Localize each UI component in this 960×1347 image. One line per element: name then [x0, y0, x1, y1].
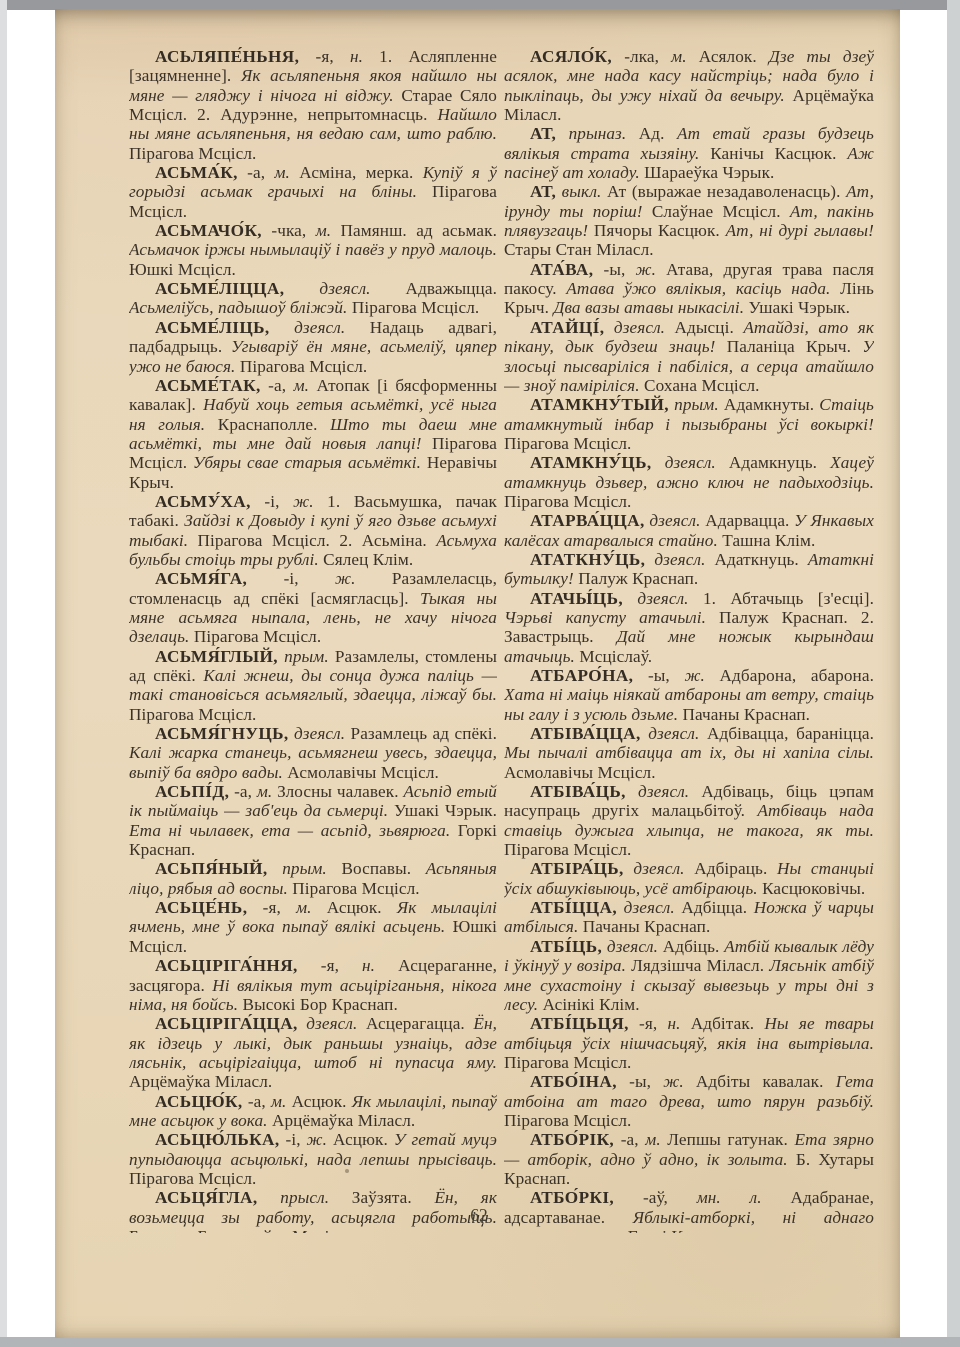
dictionary-entry: АСЬМЯ́ГНУЦЬ, дзеясл. Разамлець ад спёкі.…	[129, 724, 497, 782]
dictionary-entry: АТАМКНУ́ЦЬ, дзеясл. Адамкнуць. Хацеў ата…	[504, 453, 874, 511]
headword: АСЬЦІРІГА́ЦЦА,	[155, 1014, 298, 1033]
headword: АТБО́РКІ,	[530, 1188, 614, 1207]
italic-text: дзеясл.	[270, 318, 346, 337]
dictionary-entry: АСЬМЕ́ЛІЦЦА, дзеясл. Адважыцца. Асьмеліў…	[129, 279, 497, 318]
paper-speck	[345, 1169, 349, 1173]
headword: АСЬЦІРІГА́ННЯ,	[155, 956, 298, 975]
headword: АТАРВА́ЦЦА,	[530, 511, 645, 530]
definition-text: Пірагова Мсцісл.	[235, 357, 367, 376]
headword: АТБІВА́ЦЬ,	[530, 782, 626, 801]
headword: АСЬПІ́Д,	[155, 782, 229, 801]
dictionary-entry: АСЬМЕ́ЛІЦЬ, дзеясл. Надаць адвагі, падба…	[129, 318, 497, 376]
definition-text: Адбіраць.	[685, 859, 777, 878]
definition-text: Канічы Касцюк.	[699, 144, 847, 163]
italic-text: н.	[362, 956, 375, 975]
dictionary-entry: АСЬМУ́ХА, -і, ж. 1. Васьмушка, пачак таб…	[129, 492, 497, 569]
definition-text: Краснаполле.	[205, 415, 330, 434]
definition-text: -аў,	[614, 1188, 697, 1207]
headword: АТА́ВА,	[530, 260, 593, 279]
dictionary-entry: АСЬМА́К, -а, м. Асміна, мерка. Купіў я ў…	[129, 163, 497, 221]
italic-text: ж.	[663, 1072, 683, 1091]
definition-text: -я,	[629, 1014, 668, 1033]
definition-text: Пірагова Мсцісл.	[504, 1053, 631, 1072]
headword: АТАЙЦІ́,	[530, 318, 604, 337]
dictionary-entry: АТБО́ІНА, -ы, ж. Адбіты кавалак. Гета ат…	[504, 1072, 874, 1130]
definition-text: Лепшы гатунак.	[661, 1130, 795, 1149]
page-number: 62	[443, 1205, 515, 1226]
definition-text: -а,	[229, 782, 257, 801]
headword: АТБО́ІНА,	[530, 1072, 617, 1091]
italic-text: Убяры свае старыя асьмёткі.	[193, 453, 421, 472]
italic-text: дзеясл.	[652, 453, 716, 472]
headword: АСЬМА́К,	[155, 163, 238, 182]
italic-text: н.	[350, 47, 363, 66]
headword: АСЬЦЕ́НЬ,	[155, 898, 247, 917]
italic-text: Атава ўжо вялікыя, касіць нада.	[566, 279, 830, 298]
dictionary-entry: АСЬЦЕ́НЬ, -я, м. Асцюк. Як мылацілі ячме…	[129, 898, 497, 956]
italic-text: Ета ні чылавек, ета — асьпід, зьвярюга.	[129, 821, 450, 840]
dictionary-entry: АТБІВА́ЦЦА, дзеясл. Адбівацца, бараніцца…	[504, 724, 874, 782]
definition-text: Пірагова Мсцісл.	[129, 144, 256, 163]
italic-text: Чэрьві капусту атачылі.	[504, 608, 706, 627]
dictionary-entry: АСЬЦІРІГА́ЦЦА, дзеясл. Асцерагацца. Ён, …	[129, 1014, 497, 1091]
headword: АТАТКНУ́ЦЬ,	[530, 550, 645, 569]
headword: АТАЧЫ́ЦЬ,	[530, 589, 623, 608]
headword: АСЯЛО́К,	[530, 47, 612, 66]
definition-text: Пірагова Мсцісл. 2. Асьміна.	[188, 531, 436, 550]
headword: АСЬЦЮ́К,	[155, 1092, 243, 1111]
italic-text: м.	[296, 898, 311, 917]
headword: АТ,	[530, 124, 556, 143]
definition-text: Сялец Клім.	[319, 550, 414, 569]
definition-text: -лка,	[612, 47, 671, 66]
headword: АСЬМУ́ХА,	[155, 492, 251, 511]
italic-text: Ат, ні дурі гылавы!	[726, 221, 874, 240]
italic-text: м.	[316, 221, 331, 240]
scanned-dictionary-page: АСЬЛЯПЕ́НЬНЯ, -я, н. 1. Асляпленне [заця…	[55, 9, 900, 1338]
dictionary-entry: АТАЧЫ́ЦЬ, дзеясл. 1. Абтачыць [з'есці]. …	[504, 589, 874, 666]
italic-text: м.	[645, 1130, 660, 1149]
definition-text: Пачаны Краснап.	[678, 705, 810, 724]
dictionary-entry: АТАМКНУ́ТЫЙ, прым. Адамкнуты. Стаіць ата…	[504, 395, 874, 453]
headword: АСЬМЕ́ЛІЦЦА,	[155, 279, 284, 298]
definition-text: -і,	[247, 569, 335, 588]
definition-text: Ташна Клім.	[718, 531, 816, 550]
definition-text: Воспавы.	[327, 859, 426, 878]
italic-text: дзеясл.	[604, 318, 665, 337]
definition-text: Адаткнуць.	[706, 550, 808, 569]
definition-text: -а,	[614, 1130, 645, 1149]
italic-text: дзеясл.	[284, 279, 370, 298]
dictionary-entry: АСЬМЕ́ТАК, -а, м. Атопак [і бясформенны …	[129, 376, 497, 492]
italic-text: м.	[271, 1092, 286, 1111]
italic-text: ж.	[307, 1130, 327, 1149]
definition-text: Ат (выражае незадаволенасць).	[601, 182, 846, 201]
italic-text: н.	[667, 1014, 680, 1033]
definition-text: Адбарона, абарона.	[705, 666, 874, 685]
italic-text: ж.	[335, 569, 355, 588]
dictionary-entry: АСЬЦЯ́ГЛА, прысл. Заўзята. Ён, як возьме…	[129, 1188, 497, 1233]
headword: АСЬМАЧО́К,	[155, 221, 262, 240]
definition-text: Пірагова Мсцісл.	[504, 492, 631, 511]
definition-text: Адарвацца.	[701, 511, 795, 530]
column-left: АСЬЛЯПЕ́НЬНЯ, -я, н. 1. Асляпленне [заця…	[129, 47, 497, 1233]
definition-text: Асміна, мерка.	[290, 163, 423, 182]
italic-text: Два вазы атавы ныкасілі.	[553, 298, 744, 317]
definition-text: Асялок.	[687, 47, 769, 66]
italic-text: дзеясл.	[645, 511, 701, 530]
dictionary-entry: АТБІ́ЦЦА, дзеясл. Адбіцца. Ножка ў чарцы…	[504, 898, 874, 937]
italic-text: м.	[274, 163, 289, 182]
scan-edge-right	[947, 0, 960, 1347]
definition-text: Асцюк.	[312, 898, 397, 917]
dictionary-entry: АСЬМАЧО́К, -чка, м. Памянш. ад асьмак. А…	[129, 221, 497, 279]
definition-text: Слаўнае Мсцісл.	[643, 202, 790, 221]
dictionary-entry: АТАРВА́ЦЦА, дзеясл. Адарвацца. У Янкавых…	[504, 511, 874, 550]
definition-text: Адбітак.	[681, 1014, 765, 1033]
definition-text: Памянш. ад асьмак.	[331, 221, 497, 240]
definition-text: -а,	[238, 163, 275, 182]
italic-text: дзеясл.	[624, 859, 685, 878]
italic-text: дзеясл.	[617, 898, 675, 917]
definition-text: Высокі Бор Краснап.	[238, 995, 398, 1014]
headword: АСЬМЕ́ЛІЦЬ,	[155, 318, 270, 337]
headword: АТБО́РІК,	[530, 1130, 614, 1149]
italic-text: мн. л.	[697, 1188, 762, 1207]
definition-text: Асінікі Клім.	[538, 995, 639, 1014]
dictionary-entry: АСЬПІ́Д, -а, м. Злосны чалавек. Асьпід е…	[129, 782, 497, 859]
definition-text: Пачаны Краснап.	[578, 917, 710, 936]
definition-text: Ушакі Чэрык.	[388, 801, 497, 820]
definition-text: Асцюк.	[327, 1130, 394, 1149]
dictionary-entry: АСЬМЯ́ГА, -і, ж. Разамлеласць, стомленас…	[129, 569, 497, 646]
italic-text: прым.	[278, 647, 329, 666]
definition-text: -і,	[280, 1130, 307, 1149]
headword: АТБІ́ЦЦА,	[530, 898, 617, 917]
dictionary-entry: АСЬЦЮ́ЛЬКА, -і, ж. Асцюк. У гетай муцэ п…	[129, 1130, 497, 1188]
headword: АТБІ́ЦЬ,	[530, 937, 602, 956]
dictionary-entry: АТБО́РІК, -а, м. Лепшы гатунак. Ета зярн…	[504, 1130, 874, 1188]
definition-text: Пірагова Мсцісл.	[504, 840, 631, 859]
definition-text: Сохана Мсцісл.	[640, 376, 760, 395]
definition-text: Шараеўка Чэрык.	[640, 163, 775, 182]
scan-edge-left	[0, 0, 7, 1347]
definition-text: -чка,	[262, 221, 316, 240]
definition-text: Асмолавічы Мсцісл.	[283, 763, 439, 782]
definition-text: -а,	[243, 1092, 271, 1111]
definition-text: Злосны чалавек.	[272, 782, 403, 801]
definition-text: Пірагова Мсцісл.	[189, 627, 321, 646]
definition-text: Асцерагацца.	[357, 1014, 473, 1033]
definition-text: Арцёмаўка Міласл.	[268, 1111, 416, 1130]
italic-text: дзеясл.	[645, 550, 705, 569]
definition-text: Пірагова Мсцісл.	[129, 705, 256, 724]
definition-text: Асмолавічы Мсцісл.	[504, 763, 656, 782]
dictionary-entry: АТБАРО́НА, -ы, ж. Адбарона, абарона. Хат…	[504, 666, 874, 724]
scan-edge-bottom	[0, 1337, 960, 1347]
dictionary-entry: АСЬЦЮ́К, -а, м. Асцюк. Як мылацілі, пыпа…	[129, 1092, 497, 1131]
definition-text: Адысці.	[665, 318, 743, 337]
italic-text: дзеясл.	[298, 1014, 358, 1033]
definition-text: Адбіты кавалак.	[684, 1072, 836, 1091]
definition-text: Палуж Краснап.	[574, 569, 699, 588]
definition-text: -а,	[261, 376, 294, 395]
definition-text: Ушакі Чэрык.	[744, 298, 850, 317]
definition-text: Асцюк.	[286, 1092, 351, 1111]
dictionary-entry: АТБІРА́ЦЬ, дзеясл. Адбіраць. Ны станцыі …	[504, 859, 874, 898]
dictionary-entry: АТБІ́ЦЬЦЯ, -я, н. Адбітак. Ны яе твары а…	[504, 1014, 874, 1072]
definition-text: -я,	[299, 47, 350, 66]
headword: АСЬПЯ́НЫЙ,	[155, 859, 268, 878]
definition-text: Касцюковічы.	[758, 879, 866, 898]
headword: АСЬЛЯПЕ́НЬНЯ,	[155, 47, 299, 66]
definition-text: -я,	[298, 956, 362, 975]
italic-text: Асьмачок іржы нымылаціў і павёз у пруд м…	[129, 240, 497, 259]
italic-text: Асьмеліўсь, падышоў бліжэй.	[129, 298, 347, 317]
headword: АТБАРО́НА,	[530, 666, 633, 685]
headword: АТБІВА́ЦЦА,	[530, 724, 641, 743]
definition-text: Мсціслаў.	[575, 647, 652, 666]
definition-text: Адбіць.	[658, 937, 724, 956]
definition-text: Адамкнуты.	[719, 395, 820, 414]
dictionary-entry: АТАЙЦІ́, дзеясл. Адысці. Атайдзі, ато як…	[504, 318, 874, 395]
column-right: АСЯЛО́К, -лка, м. Асялок. Дзе ты дзеў ас…	[504, 47, 874, 1233]
headword: АТАМКНУ́ТЫЙ,	[530, 395, 669, 414]
headword: АТ,	[530, 182, 556, 201]
dictionary-entry: АСЬЛЯПЕ́НЬНЯ, -я, н. 1. Асляпленне [заця…	[129, 47, 497, 163]
definition-text: Пірагова Мсцісл.	[129, 1169, 256, 1188]
headword: АСЬМЕ́ТАК,	[155, 376, 261, 395]
dictionary-entry: АТ, выкл. Ат (выражае незадаволенасць). …	[504, 182, 874, 259]
headword: АСЬМЯ́ГНУЦЬ,	[155, 724, 289, 743]
definition-text: Адбіцца.	[675, 898, 754, 917]
italic-text: прым.	[268, 859, 327, 878]
definition-text: Большая Багацькаўка Мсцісл.	[129, 1227, 350, 1233]
italic-text: м.	[294, 376, 309, 395]
definition-text: Адбівацца, бараніцца.	[699, 724, 874, 743]
italic-text: Мы пычалі атбівацца ат іх, ды ні хапіла …	[504, 743, 874, 762]
definition-text: Арцёмаўка Міласл.	[129, 1072, 272, 1091]
definition-text: Лядзішча Міласл.	[626, 956, 769, 975]
definition-text: Пірагова Мсцісл.	[347, 298, 479, 317]
italic-text: м.	[671, 47, 686, 66]
headword: АТАМКНУ́ЦЬ,	[530, 453, 652, 472]
definition-text: Пірагова Мсцісл.	[288, 879, 420, 898]
definition-text: Заўзята.	[329, 1188, 434, 1207]
definition-text: -ы,	[593, 260, 635, 279]
definition-text: Ад.	[626, 124, 677, 143]
headword: АСЬМЯ́ГА,	[155, 569, 247, 588]
definition-text: -ы,	[633, 666, 684, 685]
dictionary-entry: АТАТКНУ́ЦЬ, дзеясл. Адаткнуць. Ататкні б…	[504, 550, 874, 589]
italic-text: дзеясл.	[289, 724, 346, 743]
definition-text: -і,	[251, 492, 293, 511]
dictionary-entry: АСЬПЯ́НЫЙ, прым. Воспавы. Асьпяныя ліцо,…	[129, 859, 497, 898]
italic-text: ж.	[684, 666, 704, 685]
headword: АСЬМЯ́ГЛЫЙ,	[155, 647, 278, 666]
italic-text: прысл.	[258, 1188, 330, 1207]
definition-text: -ы,	[617, 1072, 663, 1091]
italic-text: выкл.	[556, 182, 601, 201]
italic-text: прым.	[669, 395, 719, 414]
headword: АТБІРА́ЦЬ,	[530, 859, 624, 878]
definition-text: Адамкнуць.	[716, 453, 830, 472]
definition-text: Пячоры Касцюк.	[588, 221, 725, 240]
definition-text: Юшкі Мсцісл.	[129, 260, 236, 279]
headword: АСЬЦЯ́ГЛА,	[155, 1188, 258, 1207]
dictionary-entry: АСЬЦІРІГА́ННЯ, -я, н. Асцераганне, засця…	[129, 956, 497, 1014]
italic-text: дзеясл.	[626, 782, 689, 801]
italic-text: м.	[257, 782, 272, 801]
italic-text: прыназ.	[556, 124, 626, 143]
headword: АТБІ́ЦЬЦЯ,	[530, 1014, 629, 1033]
italic-text: дзеясл.	[623, 589, 689, 608]
italic-text: дзеясл.	[602, 937, 658, 956]
headword: АСЬЦЮ́ЛЬКА,	[155, 1130, 280, 1149]
dictionary-entry: АТБІ́ЦЬ, дзеясл. Адбіць. Атбій кывалык л…	[504, 937, 874, 1014]
dictionary-entry: АСЬМЯ́ГЛЫЙ, прым. Разамлелы, стомлены ад…	[129, 647, 497, 724]
dictionary-entry: АТА́ВА, -ы, ж. Атава, другая трава пасля…	[504, 260, 874, 318]
definition-text: Пірагова Мсцісл.	[504, 434, 631, 453]
italic-text: ж.	[636, 260, 656, 279]
definition-text: Паланіца Крыч.	[715, 337, 862, 356]
definition-text: -я,	[247, 898, 296, 917]
dictionary-entry: АТБІВА́ЦЬ, дзеясл. Адбіваць, біць цэпам …	[504, 782, 874, 859]
definition-text: 1. Абтачыць [з'есці].	[689, 589, 874, 608]
dictionary-entry: АСЯЛО́К, -лка, м. Асялок. Дзе ты дзеў ас…	[504, 47, 874, 124]
definition-text: Стары Стан Міласл.	[504, 240, 654, 259]
italic-text: дзеясл.	[641, 724, 700, 743]
dictionary-entry: АТ, прыназ. Ад. Ат етай гразы будзець вя…	[504, 124, 874, 182]
definition-text: Пірагова Мсцісл.	[504, 1111, 631, 1130]
dictionary-entry: АТБО́РКІ, -аў, мн. л. Адабранае, адсарта…	[504, 1188, 874, 1233]
italic-text: ж.	[293, 492, 313, 511]
definition-text: Адважыцца.	[371, 279, 497, 298]
definition-text: Горкі Краснап.	[623, 1227, 737, 1233]
definition-text: Разамлець ад спёкі.	[345, 724, 497, 743]
